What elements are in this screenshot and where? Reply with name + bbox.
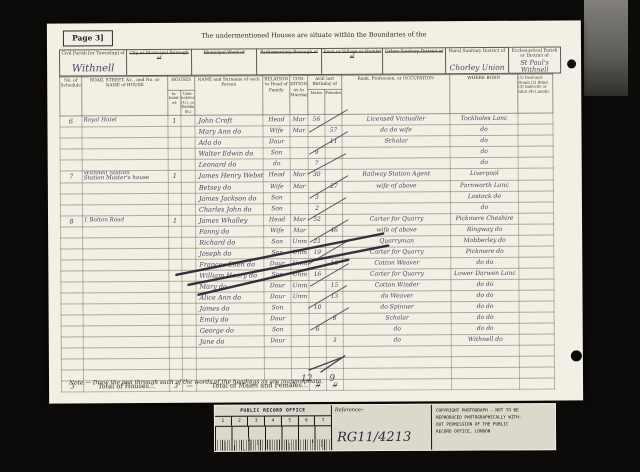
cell-road [82, 138, 168, 150]
cell-infirmity [519, 257, 554, 268]
cell-schedule [60, 194, 82, 205]
field-label: Municipal Ward of [192, 49, 256, 56]
cell-schedule [60, 138, 82, 149]
cell-age-male [309, 346, 326, 357]
cell-name [196, 347, 264, 358]
cell-age-female: 8 [326, 313, 343, 324]
cell-schedule [60, 149, 82, 160]
cell-infirmity [518, 113, 553, 124]
cell-road: 1 Bolton Road [83, 215, 169, 227]
cell-road [83, 369, 169, 381]
cell-name: William Henry do [196, 270, 264, 281]
cell-road: Withnell Station Station Master's house [82, 171, 168, 183]
pro-reference-strip: PUBLIC RECORD OFFICE 1234567 Reference:-… [214, 403, 556, 452]
table-body: 6 Royal Hotel 1 John Croft Head Mar 56 L… [60, 113, 555, 381]
cell-relation: Wife [264, 225, 291, 236]
cell-name: Mary Ann do [195, 126, 263, 137]
cell-name: Alice Ann do [196, 292, 264, 303]
cell-age-female [326, 324, 343, 335]
col-age: AGE last Birthday of [308, 75, 342, 89]
cell-uninhabited [182, 215, 196, 226]
cell-condition [291, 302, 309, 313]
cell-road [82, 182, 168, 194]
cell-age-male: 21 [309, 236, 326, 247]
road-line2 [84, 210, 167, 211]
cell-road: Royal Hotel [82, 116, 168, 128]
cell-relation [264, 368, 291, 379]
cell-occupation: Cotton Weaver [343, 257, 451, 269]
col-where-born: WHERE BORN [450, 74, 518, 114]
road-line2 [84, 254, 167, 255]
field-value: Withnell [60, 64, 126, 74]
road-line2 [84, 287, 167, 288]
cell-inhabited [169, 336, 182, 347]
road-line2 [85, 320, 168, 321]
cell-relation: Daur [264, 313, 291, 324]
cell-age-male: 6 [309, 324, 326, 335]
cell-age-female [326, 346, 343, 357]
cell-uninhabited [182, 248, 196, 259]
cell-age-male: 30 [308, 170, 325, 182]
cell-age-female [325, 114, 342, 125]
cell-where-born: do [450, 202, 518, 213]
cell-where-born: do do [451, 279, 519, 290]
cell-where-born: Pickmere do [451, 246, 519, 257]
cell-age-female [326, 236, 343, 247]
cell-condition: Unm [291, 291, 309, 302]
cell-occupation [342, 202, 450, 214]
ruler-number: 7 [315, 416, 331, 425]
cell-relation: Son [264, 302, 291, 313]
road-line2 [84, 243, 167, 244]
cell-name: Mary do [196, 281, 264, 292]
road-line2 [84, 232, 167, 233]
cell-road [83, 336, 169, 348]
cell-occupation: Carter for Quarry [343, 246, 451, 258]
cell-where-born [451, 356, 519, 367]
road-line1 [85, 364, 168, 365]
cell-occupation: Cotton Winder [343, 279, 451, 291]
road-line1 [84, 243, 167, 244]
cell-name: Emily do [196, 314, 264, 325]
punch-hole-top [567, 59, 576, 68]
cell-name [196, 369, 264, 380]
cell-uninhabited [182, 314, 196, 325]
cell-condition: Mar [290, 126, 308, 137]
cell-occupation: wife of above [343, 224, 451, 236]
field-parliamentary-borough: Parliamentary Borough of [256, 48, 321, 75]
cell-inhabited: 1 [169, 215, 182, 226]
cell-uninhabited [181, 182, 195, 193]
road-line1 [84, 154, 167, 155]
cell-condition [290, 203, 308, 214]
cell-inhabited [169, 314, 182, 325]
cell-inhabited [169, 303, 182, 314]
cell-where-born [451, 367, 519, 378]
cell-occupation: wife of above [342, 180, 450, 192]
cell-occupation: do [343, 334, 451, 346]
cell-where-born: do [450, 135, 518, 146]
cell-occupation: do Weaver [343, 290, 451, 302]
col-occupation: Rank, Profession, or OCCUPATION [342, 75, 450, 115]
cell-age-female [326, 269, 343, 280]
col-relation: RELATION to Head of Family [263, 76, 290, 115]
cell-infirmity [518, 146, 553, 157]
cell-age-male: 52 [309, 214, 326, 225]
page-title: The undermentioned Houses are situate wi… [47, 29, 581, 40]
cell-where-born: do do [451, 257, 519, 268]
road-line1 [85, 331, 168, 332]
cell-inhabited [169, 325, 182, 336]
cell-schedule [61, 315, 83, 326]
cell-condition [290, 159, 308, 170]
cell-inhabited [169, 347, 182, 358]
col-name: NAME and Surname of each Person [195, 76, 263, 116]
cell-where-born: Lostock do [450, 191, 518, 202]
cell-where-born: Lower Darwen Lanc [451, 268, 519, 279]
cell-occupation: Licensed Victualler [342, 114, 450, 126]
field-ecclesiastical-parish: Ecclesiastical Parish or District of St … [508, 46, 561, 73]
cell-condition: Mar [290, 181, 308, 192]
road-line2 [85, 331, 168, 332]
cell-occupation [343, 356, 451, 368]
road-line1 [85, 309, 168, 310]
cell-schedule [61, 271, 83, 282]
field-label: Town or Village or Hamlet of [322, 49, 382, 61]
ruler-number: 5 [282, 416, 299, 425]
col-road: ROAD, STREET, &c., and No. or NAME of HO… [82, 76, 168, 116]
cell-inhabited [169, 358, 182, 369]
road-line1: 1 Bolton Road [84, 218, 167, 224]
cell-road [83, 270, 169, 282]
cell-infirmity [519, 356, 554, 367]
cell-inhabited [169, 226, 182, 237]
pro-office-label: PUBLIC RECORD OFFICE [215, 405, 331, 417]
road-line1 [84, 210, 167, 211]
cell-age-female [325, 147, 342, 158]
cell-where-born: do do [451, 312, 519, 323]
cell-age-male: 7 [308, 159, 325, 170]
cell-road [82, 193, 168, 205]
cell-inhabited [168, 204, 181, 215]
road-line2 [84, 276, 167, 277]
cell-name: James Henry Webster [195, 170, 263, 182]
cell-where-born: do [450, 157, 518, 168]
cell-uninhabited [182, 281, 196, 292]
cell-age-male [309, 313, 326, 324]
cell-condition: Unm [291, 258, 309, 269]
cell-schedule: 7 [60, 171, 82, 183]
table-header: No. of Schedule ROAD, STREET, &c., and N… [60, 74, 553, 116]
cell-uninhabited [181, 148, 195, 159]
cell-age-male [309, 335, 326, 346]
cell-occupation [342, 147, 450, 159]
total-empty-occ [344, 378, 452, 390]
road-line2 [85, 364, 168, 365]
cell-age-male [308, 126, 325, 137]
cell-inhabited [169, 369, 182, 380]
cell-road [83, 314, 169, 326]
cell-age-male: 2 [308, 203, 325, 214]
cell-age-female: 13 [326, 291, 343, 302]
cell-age-female [326, 302, 343, 313]
cell-road [83, 248, 169, 260]
cell-name: Fanny do [196, 226, 264, 237]
col-uninhabited: Unin-habited (U.), or Building (B.) [181, 90, 195, 116]
cell-name: Leonard do [195, 159, 263, 170]
pro-copyright-section: COPYRIGHT PHOTOGRAPH - NOT TO BEREPRODUC… [432, 404, 555, 450]
corrected-females: 9 [329, 374, 335, 384]
cell-relation: Daur [264, 291, 291, 302]
road-line1 [85, 353, 168, 354]
cell-inhabited [169, 248, 182, 259]
cell-condition: Unm [291, 280, 309, 291]
cell-age-female [325, 203, 342, 214]
field-label: Ecclesiastical Parish or District of [509, 48, 560, 60]
cell-age-male: 10 [309, 302, 326, 313]
cell-condition: Mar [291, 225, 309, 236]
photo-edge-band [584, 0, 628, 96]
cell-road [83, 259, 169, 271]
ruler-ticks [215, 426, 331, 451]
cell-where-born [451, 345, 519, 356]
cell-condition [291, 324, 309, 335]
cell-uninhabited [181, 193, 195, 204]
cell-condition [291, 313, 309, 324]
cell-condition: Mar [291, 214, 309, 225]
field-town-village: Town or Village or Hamlet of [321, 48, 382, 75]
cell-inhabited [169, 292, 182, 303]
pro-ruler-section: PUBLIC RECORD OFFICE 1234567 [215, 405, 332, 451]
cell-age-female: 3 [326, 335, 343, 346]
cell-schedule [60, 183, 82, 194]
cell-name: Walter Edwin do [195, 148, 263, 159]
road-line1: Royal Hotel [83, 118, 166, 124]
road-line1 [84, 254, 167, 255]
road-line1 [85, 375, 168, 376]
road-line2 [84, 199, 167, 200]
cell-infirmity [518, 168, 553, 180]
road-line2 [85, 342, 168, 343]
road-line2 [84, 265, 167, 266]
field-municipal-borough: City or Municipal Borough of [126, 49, 191, 76]
road-line2 [84, 165, 167, 166]
cell-relation: Son [263, 192, 290, 203]
cell-infirmity [519, 224, 554, 235]
cell-uninhabited [182, 336, 196, 347]
cell-relation: Son [263, 203, 290, 214]
cell-relation: Daur [264, 258, 291, 269]
cell-where-born: do [450, 124, 518, 135]
cell-name: James do [196, 303, 264, 314]
cell-where-born: Withnell do [451, 334, 519, 345]
cell-relation [264, 346, 291, 357]
cell-schedule [60, 127, 82, 138]
cell-condition: Unm [291, 247, 309, 258]
road-line1 [84, 188, 167, 189]
cell-road [82, 204, 168, 216]
total-empty-born [452, 378, 520, 389]
cell-schedule [60, 160, 82, 171]
cell-relation: do [263, 159, 290, 170]
col-condition: CON-DITION as to Marriage [290, 76, 308, 115]
col-houses: HOUSES [168, 76, 195, 90]
ruler-number: 6 [299, 416, 316, 425]
cell-uninhabited [181, 204, 195, 215]
cell-condition [291, 346, 309, 357]
cell-uninhabited [182, 292, 196, 303]
cell-where-born: do do [451, 301, 519, 312]
cell-where-born: Farnworth Lanc [450, 180, 518, 191]
cell-condition [290, 137, 308, 148]
road-line1 [84, 232, 167, 233]
cell-infirmity [519, 268, 554, 279]
road-line2 [84, 132, 167, 133]
col-schedule: No. of Schedule [60, 77, 82, 116]
cell-age-female [325, 158, 342, 169]
road-line1 [84, 265, 167, 266]
cell-condition: Mar [290, 170, 308, 182]
cell-infirmity [519, 246, 554, 257]
cell-schedule [60, 205, 82, 216]
cell-schedule [61, 370, 83, 381]
road-line1 [85, 320, 168, 321]
census-page: Page 3] The undermentioned Houses are si… [47, 20, 583, 403]
cell-infirmity [519, 323, 554, 334]
cell-name: Betsey do [195, 182, 263, 193]
pro-reference-section: Reference:- RG11/4213 [332, 405, 432, 451]
cell-name: James Jackson do [195, 193, 263, 204]
cell-relation: Son [264, 236, 291, 247]
cell-where-born: Mobberley do [451, 235, 519, 246]
cell-inhabited [168, 193, 181, 204]
cell-age-male: 19 [309, 247, 326, 258]
ruler-numbers: 1234567 [215, 416, 331, 427]
cell-schedule [61, 359, 83, 370]
col-males: Males [308, 89, 325, 115]
cell-uninhabited [181, 115, 195, 126]
cell-occupation: do do wife [342, 125, 450, 137]
cell-relation: Son [264, 324, 291, 335]
field-municipal-ward: Municipal Ward of [191, 48, 256, 75]
cell-road [82, 149, 168, 161]
cell-inhabited [169, 270, 182, 281]
cell-occupation: Scholar [342, 136, 450, 148]
cell-age-female: 27 [325, 181, 342, 192]
cell-road [83, 292, 169, 304]
road-line2 [85, 375, 168, 376]
field-urban-sanitary: Urban Sanitary District of [382, 47, 445, 74]
cell-infirmity [519, 334, 554, 345]
cell-relation: Son [263, 148, 290, 159]
cell-occupation [343, 367, 451, 379]
cell-name: James Whalley [196, 215, 264, 226]
cell-where-born: Tockholes Lanc [450, 113, 518, 124]
cell-where-born: do do [451, 323, 519, 334]
road-line2 [84, 143, 167, 144]
cell-age-male: 9 [308, 148, 325, 159]
cell-road [83, 226, 169, 238]
cell-relation: Head [263, 170, 290, 182]
cell-occupation: do [343, 323, 451, 335]
cell-relation: Wife [263, 126, 290, 137]
cell-schedule [61, 337, 83, 348]
cell-uninhabited [181, 170, 195, 182]
cell-infirmity [518, 202, 553, 213]
cell-infirmity [518, 157, 553, 168]
cell-condition: Mar [290, 115, 308, 126]
cell-inhabited [168, 148, 181, 159]
field-label: Parliamentary Borough of [257, 49, 321, 56]
cell-infirmity [519, 235, 554, 246]
road-line1 [84, 287, 167, 288]
cell-condition: Unm [291, 269, 309, 280]
cell-schedule [61, 326, 83, 337]
cell-uninhabited [182, 226, 196, 237]
ruler-number: 4 [265, 417, 282, 426]
cell-relation: Son [264, 269, 291, 280]
cell-age-female [326, 357, 343, 368]
cell-relation: Head [264, 214, 291, 225]
census-photograph: Page 3] The undermentioned Houses are si… [0, 0, 640, 472]
cell-infirmity [519, 213, 554, 224]
cell-inhabited [169, 281, 182, 292]
road-line2 [85, 298, 168, 299]
cell-where-born: do [450, 146, 518, 157]
cell-road [83, 281, 169, 293]
field-value: Chorley Union [446, 63, 508, 71]
cell-road [83, 347, 169, 359]
cell-age-male: 3 [308, 192, 325, 203]
cell-age-male [308, 137, 325, 148]
road-line2 [85, 353, 168, 354]
cell-schedule [61, 260, 83, 271]
cell-age-female [326, 247, 343, 258]
field-civil-parish: Civil Parish [or Township] of Withnell [59, 49, 126, 76]
district-header: Civil Parish [or Township] of Withnell C… [59, 47, 552, 77]
cell-uninhabited [182, 270, 196, 281]
cell-age-female: 15 [326, 280, 343, 291]
cell-inhabited [168, 182, 181, 193]
cell-where-born: Liverpool [450, 168, 518, 180]
cell-inhabited [169, 259, 182, 270]
copyright-line: RECORD OFFICE, LONDON [436, 428, 551, 436]
cell-relation: Daur [264, 335, 291, 346]
cell-age-male [309, 291, 326, 302]
cell-name: Joseph do [196, 248, 264, 259]
cell-age-male [309, 258, 326, 269]
cell-inhabited [168, 126, 181, 137]
col-females: Females [325, 89, 342, 115]
cell-uninhabited [182, 325, 196, 336]
road-line2 [84, 154, 167, 155]
road-line2 [84, 188, 167, 189]
cell-age-male [308, 181, 325, 192]
cell-uninhabited [181, 126, 195, 137]
cell-uninhabited [182, 358, 196, 369]
cell-condition [291, 335, 309, 346]
road-line1 [84, 199, 167, 200]
census-table: No. of Schedule ROAD, STREET, &c., and N… [59, 74, 555, 393]
cell-name: Ada do [195, 137, 263, 148]
cell-relation: Daur [263, 137, 290, 148]
cell-occupation: do Spinner [343, 301, 451, 313]
ruler-number: 1 [215, 417, 232, 426]
cell-infirmity [519, 312, 554, 323]
cell-infirmity [518, 135, 553, 146]
cell-infirmity [519, 367, 554, 378]
road-line1 [84, 165, 167, 166]
